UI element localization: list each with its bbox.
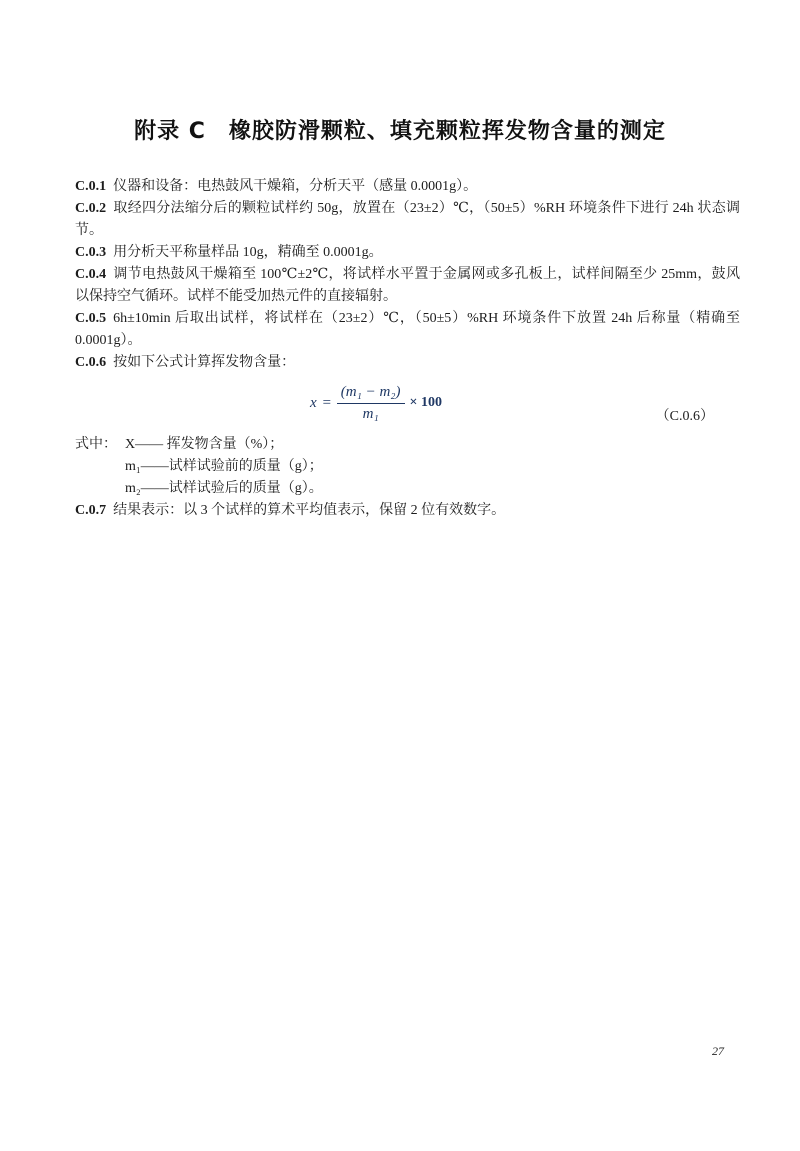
page-number: 27	[712, 1044, 724, 1059]
formula-fraction: (m₁ − m₂) m₁	[337, 382, 405, 424]
clause-c0-3: C.0.3用分析天平称量样品 10g，精确至 0.0001g。	[75, 242, 740, 264]
equation-number: （C.0.6）	[656, 406, 714, 428]
clause-c0-7: C.0.7结果表示：以 3 个试样的算术平均值表示，保留 2 位有效数字。	[75, 500, 740, 522]
clause-label: C.0.7	[75, 503, 106, 518]
fraction-numerator: (m₁ − m₂)	[337, 382, 405, 404]
clause-label: C.0.5	[75, 311, 106, 326]
clause-text: 取经四分法缩分后的颗粒试样约 50g，放置在（23±2）℃，（50±5）%RH …	[75, 201, 740, 238]
document-body: C.0.1仪器和设备：电热鼓风干燥箱，分析天平（感量 0.0001g）。 C.0…	[75, 176, 740, 522]
clause-text: 用分析天平称量样品 10g，精确至 0.0001g。	[113, 245, 383, 260]
clause-text: 仪器和设备：电热鼓风干燥箱，分析天平（感量 0.0001g）。	[113, 179, 477, 194]
where-row-m2: m₂ ——试样试验后的质量（g）。	[75, 478, 740, 500]
where-row-x: 式中： X —— 挥发物含量（%）；	[75, 434, 740, 456]
page-title: 附录 C 橡胶防滑颗粒、填充颗粒挥发物含量的测定	[0, 116, 800, 148]
document-page: 附录 C 橡胶防滑颗粒、填充颗粒挥发物含量的测定 C.0.1仪器和设备：电热鼓风…	[0, 0, 800, 1151]
formula-multiplier: × 100	[410, 392, 442, 414]
where-intro-spacer	[75, 478, 125, 500]
where-intro-spacer	[75, 456, 125, 478]
volatile-content-formula: x = (m₁ − m₂) m₁ × 100	[310, 382, 442, 424]
clause-text: 调节电热鼓风干燥箱至 100℃±2℃，将试样水平置于金属网或多孔板上，试样间隔至…	[75, 267, 740, 304]
symbol-m1-desc: ——试样试验前的质量（g）；	[141, 456, 323, 478]
clause-text: 6h±10min 后取出试样，将试样在（23±2）℃，（50±5）%RH 环境条…	[75, 311, 740, 348]
where-intro: 式中：	[75, 434, 125, 456]
clause-c0-1: C.0.1仪器和设备：电热鼓风干燥箱，分析天平（感量 0.0001g）。	[75, 176, 740, 198]
clause-text: 结果表示：以 3 个试样的算术平均值表示，保留 2 位有效数字。	[113, 503, 505, 518]
where-row-m1: m₁ ——试样试验前的质量（g）；	[75, 456, 740, 478]
clause-label: C.0.4	[75, 267, 106, 282]
clause-c0-6: C.0.6按如下公式计算挥发物含量：	[75, 352, 740, 374]
clause-c0-2: C.0.2取经四分法缩分后的颗粒试样约 50g，放置在（23±2）℃，（50±5…	[75, 198, 740, 242]
symbol-x: X	[125, 434, 135, 456]
formula-row: x = (m₁ − m₂) m₁ × 100 （C.0.6）	[75, 378, 740, 428]
symbol-m2: m₂	[125, 478, 141, 500]
formula-lhs: x	[310, 392, 317, 414]
clause-label: C.0.3	[75, 245, 106, 260]
clause-label: C.0.2	[75, 201, 106, 216]
symbol-m1: m₁	[125, 456, 141, 478]
clause-c0-4: C.0.4调节电热鼓风干燥箱至 100℃±2℃，将试样水平置于金属网或多孔板上，…	[75, 264, 740, 308]
clause-label: C.0.1	[75, 179, 106, 194]
formula-equals: =	[322, 392, 332, 414]
fraction-denominator: m₁	[337, 404, 405, 424]
symbol-m2-desc: ——试样试验后的质量（g）。	[141, 478, 323, 500]
clause-label: C.0.6	[75, 355, 106, 370]
symbol-x-desc: —— 挥发物含量（%）；	[135, 434, 283, 456]
clause-text: 按如下公式计算挥发物含量：	[113, 355, 295, 370]
clause-c0-5: C.0.56h±10min 后取出试样，将试样在（23±2）℃，（50±5）%R…	[75, 308, 740, 352]
where-list: 式中： X —— 挥发物含量（%）； m₁ ——试样试验前的质量（g）； m₂ …	[75, 434, 740, 500]
